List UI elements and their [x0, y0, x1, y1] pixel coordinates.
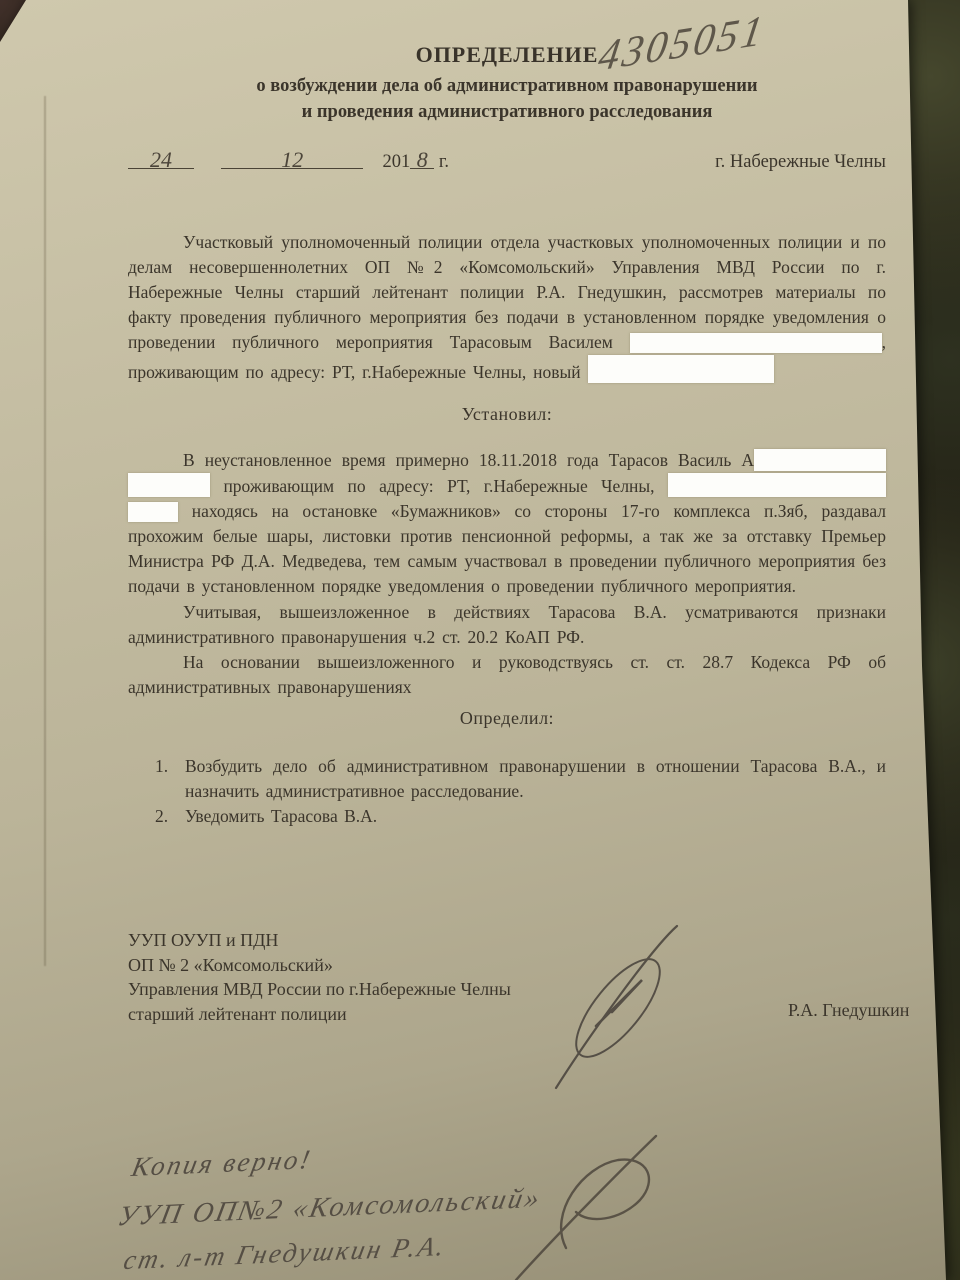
redaction-block [754, 449, 886, 471]
redaction-block [128, 473, 210, 497]
heading-opredelil: Определил: [128, 708, 886, 729]
redaction-block [668, 473, 886, 497]
redaction-block [128, 502, 178, 522]
date-year-printed: 201 [383, 152, 411, 172]
date-year-suffix: г. [439, 152, 449, 172]
text-run: проживающим по адресу: РТ, г.Набережные … [210, 476, 668, 496]
facts-paragraph: В неустановленное время примерно 18.11.2… [128, 448, 886, 599]
date-month-handwritten: 12 [221, 152, 363, 169]
text-run: В неустановленное время примерно 18.11.2… [183, 450, 754, 470]
decision-item-2: 2. Уведомить Тарасова В.А. [128, 804, 886, 829]
text-run: находясь на остановке «Бумажников» со ст… [128, 501, 886, 596]
decision-text: Уведомить Тарасова В.А. [185, 804, 886, 829]
decision-text: Возбудить дело об административном право… [185, 754, 886, 804]
document-city: г. Набережные Челны [715, 152, 886, 173]
basis-paragraph: На основании вышеизложенного и руководст… [128, 650, 886, 700]
heading-ustanovil: Установил: [128, 404, 886, 425]
decision-number: 1. [128, 754, 185, 804]
handwritten-signature [488, 1128, 688, 1280]
decisions-list: 1. Возбудить дело об административном пр… [128, 754, 886, 829]
decision-number: 2. [128, 804, 185, 829]
date-day-handwritten: 24 [128, 152, 194, 169]
decision-item-1: 1. Возбудить дело об административном пр… [128, 754, 886, 804]
officer-signature [540, 912, 740, 1102]
document-subtitle-line1: о возбуждении дела об административном п… [128, 73, 886, 99]
photographed-document: ОПРЕДЕЛЕНИЕ о возбуждении дела об админи… [0, 0, 960, 1280]
conclusion-paragraph: Учитывая, вышеизложенное в действиях Тар… [128, 600, 886, 650]
document-subtitle-line2: и проведения административного расследов… [128, 99, 886, 125]
redaction-block [630, 333, 882, 353]
signer-name: Р.А. Гнедушкин [788, 1000, 909, 1021]
document-header: ОПРЕДЕЛЕНИЕ о возбуждении дела об админи… [128, 42, 886, 125]
margin-fold-line [44, 96, 46, 966]
redaction-block [588, 355, 774, 383]
document-title: ОПРЕДЕЛЕНИЕ [128, 42, 886, 68]
intro-paragraph: Участковый уполномоченный полиции отдела… [128, 230, 886, 385]
date-year-handwritten: 8 [410, 152, 434, 169]
date-place-row: 24 12 2018 г. г. Набережные Челны [128, 152, 886, 173]
